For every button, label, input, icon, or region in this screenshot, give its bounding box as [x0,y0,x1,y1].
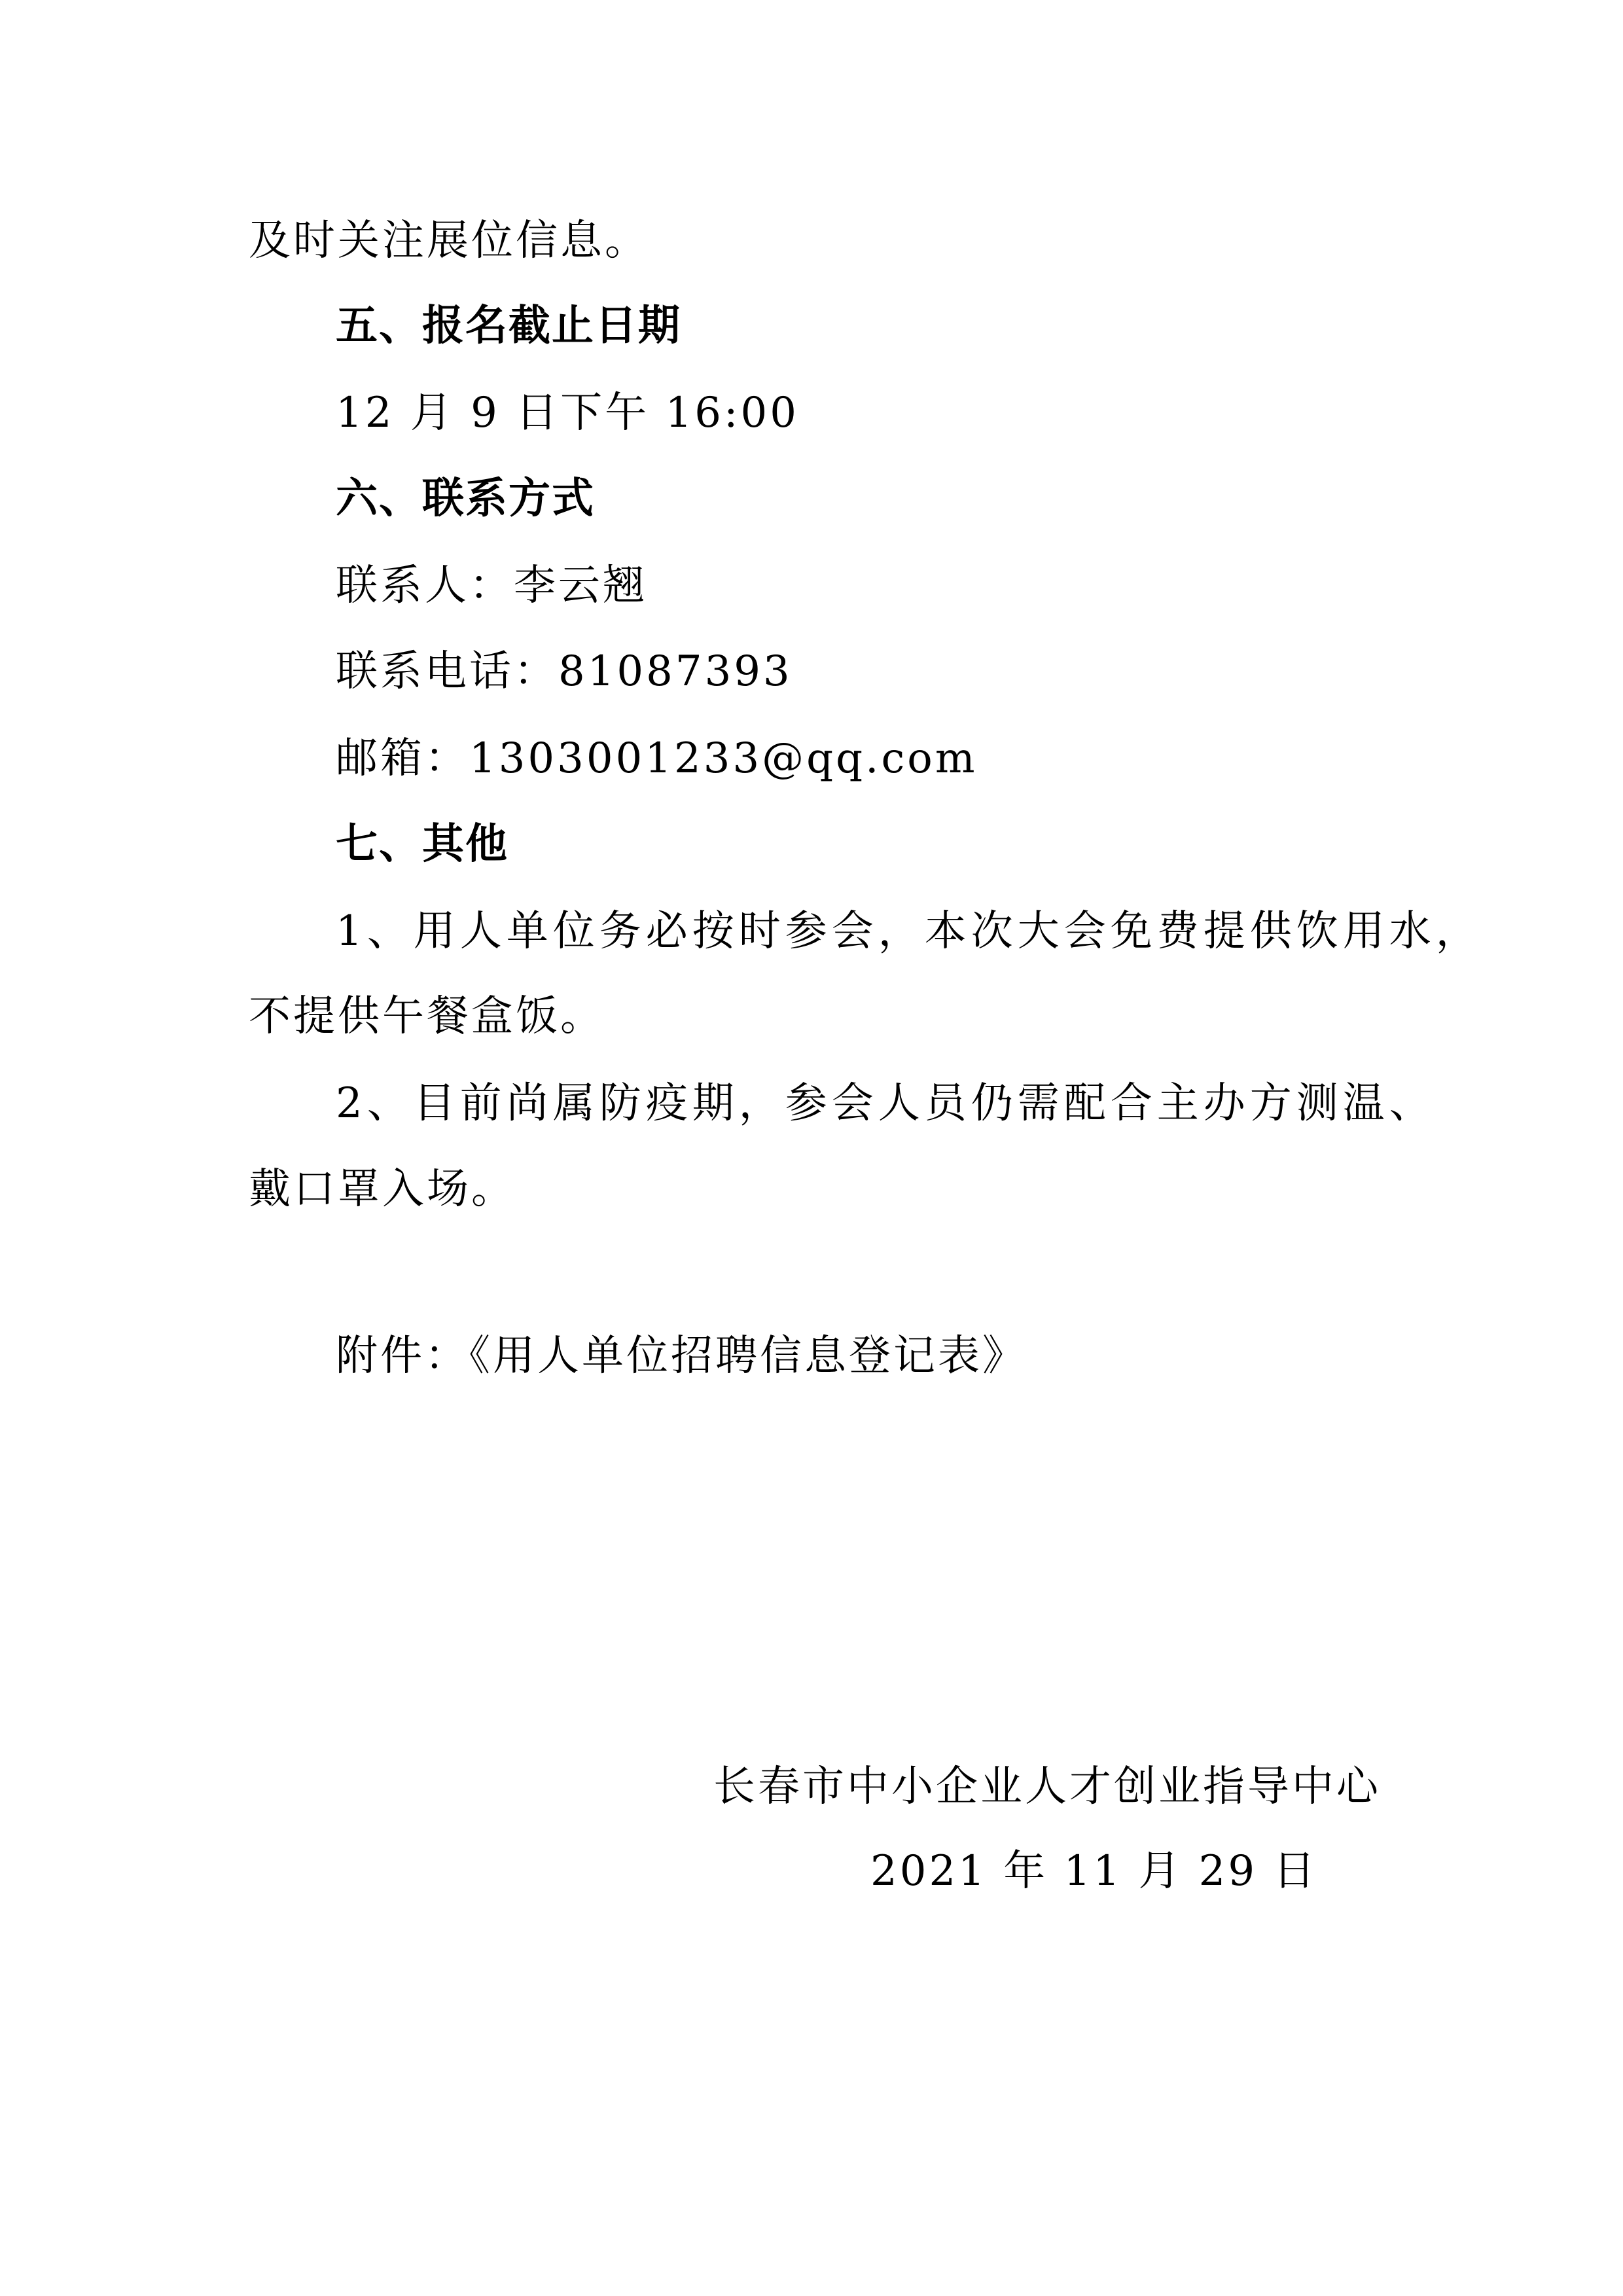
contact-email: 邮箱：1303001233@qq.com [336,732,978,785]
signature-date: 2021 年 11 月 29 日 [870,1845,1317,1897]
deadline-text: 12 月 9 日下午 16:00 [336,387,799,439]
section-heading-deadline: 五、报名截止日期 [336,300,681,352]
continuation-text: 及时关注展位信息。 [249,215,649,267]
signature-organization: 长春市中小企业人才创业指导中心 [713,1761,1381,1813]
section-heading-contact: 六、联系方式 [336,473,595,525]
other-item-2-line-2: 戴口罩入场。 [249,1163,516,1215]
other-item-1-line-2: 不提供午餐盒饭。 [249,990,605,1043]
contact-phone: 联系电话：81087393 [336,645,793,698]
contact-person: 联系人：李云翘 [336,560,647,612]
other-item-1-line-1: 1、用人单位务必按时参会，本次大会免费提供饮用水， [336,905,1482,958]
attachment-note: 附件：《用人单位招聘信息登记表》 [336,1330,1027,1382]
other-item-2-line-1: 2、目前尚属防疫期，参会人员仍需配合主办方测温、 [336,1077,1436,1130]
section-heading-other: 七、其他 [336,818,508,870]
